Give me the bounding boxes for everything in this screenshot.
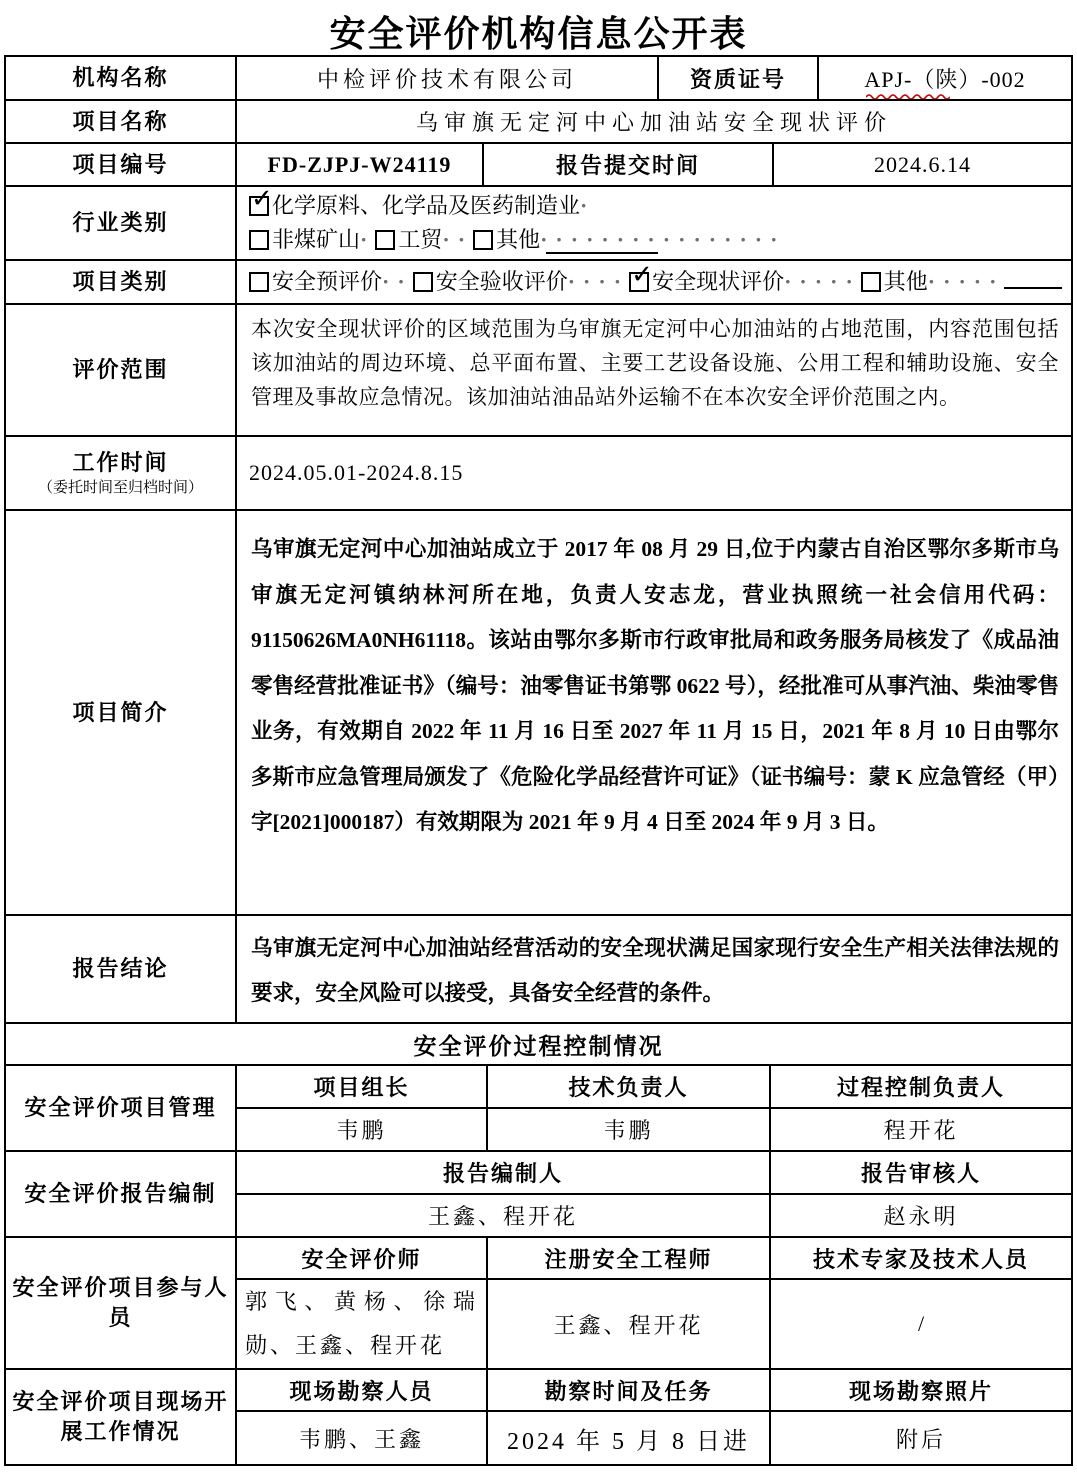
type-option-status: 安全现状评价: [652, 265, 784, 299]
submit-time-label: 报告提交时间: [484, 144, 774, 185]
report-value-reviewer: 赵永明: [771, 1195, 1071, 1236]
submit-time-value: 2024.6.14: [774, 144, 1071, 185]
mgmt-value-process: 程开花: [771, 1109, 1071, 1150]
row-process-header: 安全评价过程控制情况: [6, 1024, 1071, 1066]
site-label: 安全评价项目现场开展工作情况: [6, 1370, 237, 1464]
checkbox-icon[interactable]: [473, 230, 493, 250]
dot-leader: ··: [382, 265, 413, 299]
dot-leader: ·: [580, 189, 595, 223]
page-title: 安全评价机构信息公开表: [0, 0, 1077, 55]
row-intro: 项目简介 乌审旗无定河中心加油站成立于 2017 年 08 月 29 日,位于内…: [6, 511, 1071, 916]
report-head-writer: 报告编制人: [237, 1152, 771, 1193]
dot-leader-with-blank: ················: [540, 223, 785, 257]
participants-value-engineer: 王鑫、程开花: [488, 1280, 771, 1368]
row-participants: 安全评价项目参与人员 安全评价师 注册安全工程师 技术专家及技术人员 郭飞、黄杨…: [6, 1238, 1071, 1370]
site-value-time: 2024 年 5 月 8 日进: [488, 1412, 771, 1464]
org-label: 机构名称: [6, 57, 237, 99]
spellcheck-squiggle-icon: [866, 93, 950, 99]
row-scope: 评价范围 本次安全现状评价的区域范围为乌审旗无定河中心加油站的占地范围，内容范围…: [6, 305, 1071, 437]
report-label: 安全评价报告编制: [6, 1152, 237, 1236]
mgmt-head-process: 过程控制负责人: [771, 1066, 1071, 1107]
row-org: 机构名称 中检评价技术有限公司 资质证号 APJ-（陕）-002: [6, 57, 1071, 101]
mgmt-head-tech: 技术负责人: [488, 1066, 771, 1107]
scope-label: 评价范围: [6, 305, 237, 435]
process-control-header: 安全评价过程控制情况: [6, 1024, 1071, 1064]
worktime-label: 工作时间: [72, 448, 168, 478]
row-project-no: 项目编号 FD-ZJPJ-W24119 报告提交时间 2024.6.14: [6, 144, 1071, 187]
checkbox-icon[interactable]: [861, 272, 881, 292]
row-mgmt: 安全评价项目管理 项目组长 技术负责人 过程控制负责人 韦鹏 韦鹏 程开花: [6, 1066, 1071, 1152]
checkbox-icon[interactable]: [249, 272, 269, 292]
participants-label: 安全评价项目参与人员: [6, 1238, 237, 1368]
mgmt-head-leader: 项目组长: [237, 1066, 488, 1107]
dot-leader: ··: [442, 223, 473, 257]
industry-option-chemical: 化学原料、化学品及医药制造业: [272, 189, 580, 223]
mgmt-label: 安全评价项目管理: [6, 1066, 237, 1150]
worktime-value: 2024.05.01-2024.8.15: [237, 437, 1071, 509]
industry-options: ✓ 化学原料、化学品及医药制造业 · 非煤矿山 · 工贸 ·· 其他 ·····…: [237, 187, 1071, 259]
fill-in-blank-line: [1004, 275, 1062, 289]
type-option-pre: 安全预评价: [272, 265, 382, 299]
project-no-value: FD-ZJPJ-W24119: [237, 144, 484, 185]
site-value-surveyors: 韦鹏、王鑫: [237, 1412, 488, 1464]
type-option-accept: 安全验收评价: [436, 265, 568, 299]
scope-text: 本次安全现状评价的区域范围为乌审旗无定河中心加油站的占地范围，内容范围包括该加油…: [237, 305, 1071, 435]
site-head-photos: 现场勘察照片: [771, 1370, 1071, 1410]
fill-in-blank-line: [546, 252, 658, 254]
participants-head-engineer: 注册安全工程师: [488, 1238, 771, 1278]
report-value-writer: 王鑫、程开花: [237, 1195, 771, 1236]
row-worktime: 工作时间 （委托时间至归档时间） 2024.05.01-2024.8.15: [6, 437, 1071, 511]
report-head-reviewer: 报告审核人: [771, 1152, 1071, 1193]
site-head-surveyors: 现场勘察人员: [237, 1370, 488, 1410]
industry-option-mine: 非煤矿山: [272, 223, 360, 257]
checkbox-icon[interactable]: [249, 230, 269, 250]
intro-label: 项目简介: [6, 511, 237, 914]
site-value-photos: 附后: [771, 1412, 1071, 1464]
org-value: 中检评价技术有限公司: [237, 57, 659, 99]
participants-head-expert: 技术专家及技术人员: [771, 1238, 1071, 1278]
row-project-type: 项目类别 安全预评价 ·· 安全验收评价 ···· ✓ 安全现状评价 ·····…: [6, 261, 1071, 305]
cert-value-cell: APJ-（陕）-002: [819, 57, 1071, 99]
mgmt-value-leader: 韦鹏: [237, 1109, 488, 1150]
row-report: 安全评价报告编制 报告编制人 报告审核人 王鑫、程开花 赵永明: [6, 1152, 1071, 1238]
worktime-sublabel: （委托时间至归档时间）: [38, 478, 203, 498]
row-project-name: 项目名称 乌审旗无定河中心加油站安全现状评价: [6, 101, 1071, 144]
mgmt-value-tech: 韦鹏: [488, 1109, 771, 1150]
participants-head-assessor: 安全评价师: [237, 1238, 488, 1278]
row-industry: 行业类别 ✓ 化学原料、化学品及医药制造业 · 非煤矿山 · 工贸 ·· 其他 …: [6, 187, 1071, 261]
project-no-label: 项目编号: [6, 144, 237, 185]
dot-leader: ·····: [928, 265, 1005, 299]
conclusion-text: 乌审旗无定河中心加油站经营活动的安全现状满足国家现行安全生产相关法律法规的要求，…: [237, 916, 1071, 1022]
dot-leader: ····: [568, 265, 629, 299]
project-name-label: 项目名称: [6, 101, 237, 142]
participants-value-assessor: 郭飞、黄杨、徐瑞勋、王鑫、程开花: [237, 1280, 488, 1368]
industry-option-trade: 工贸: [398, 223, 442, 257]
disclosure-table: 机构名称 中检评价技术有限公司 资质证号 APJ-（陕）-002 项目名称 乌审…: [4, 55, 1073, 1466]
worktime-label-cell: 工作时间 （委托时间至归档时间）: [6, 437, 237, 509]
project-type-label: 项目类别: [6, 261, 237, 303]
dot-leader: ·····: [784, 265, 861, 299]
type-option-other: 其他: [884, 265, 928, 299]
row-site: 安全评价项目现场开展工作情况 现场勘察人员 勘察时间及任务 现场勘察照片 韦鹏、…: [6, 1370, 1071, 1464]
conclusion-label: 报告结论: [6, 916, 237, 1022]
site-head-time: 勘察时间及任务: [488, 1370, 771, 1410]
cert-value: APJ-（陕）-002: [864, 67, 1025, 92]
participants-value-expert: /: [771, 1280, 1071, 1368]
cert-label: 资质证号: [659, 57, 819, 99]
project-type-options: 安全预评价 ·· 安全验收评价 ···· ✓ 安全现状评价 ····· 其他 ·…: [237, 261, 1071, 303]
project-name-value: 乌审旗无定河中心加油站安全现状评价: [237, 101, 1071, 142]
checkbox-checked-icon[interactable]: ✓: [629, 272, 649, 292]
intro-text: 乌审旗无定河中心加油站成立于 2017 年 08 月 29 日,位于内蒙古自治区…: [237, 511, 1071, 914]
industry-option-other: 其他: [496, 223, 540, 257]
row-conclusion: 报告结论 乌审旗无定河中心加油站经营活动的安全现状满足国家现行安全生产相关法律法…: [6, 916, 1071, 1024]
checkbox-icon[interactable]: [375, 230, 395, 250]
checkbox-checked-icon[interactable]: ✓: [249, 196, 269, 216]
dot-leader: ·: [360, 223, 375, 257]
industry-label: 行业类别: [6, 187, 237, 259]
checkbox-icon[interactable]: [413, 272, 433, 292]
